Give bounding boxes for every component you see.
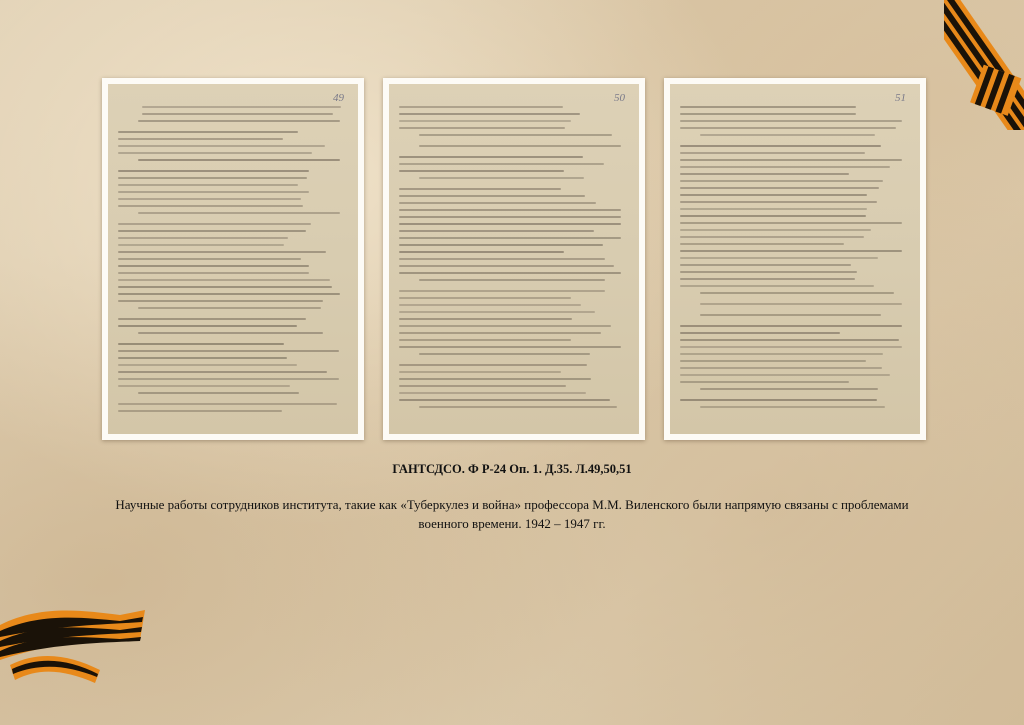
st-george-ribbon-icon bbox=[0, 595, 150, 685]
archive-document-2: 50 bbox=[383, 78, 645, 440]
document-sheet: 50 bbox=[389, 84, 639, 434]
document-sheet: 49 bbox=[108, 84, 358, 434]
document-sheet: 51 bbox=[670, 84, 920, 434]
archive-document-1: 49 bbox=[102, 78, 364, 440]
archive-document-3: 51 bbox=[664, 78, 926, 440]
page-mark: 51 bbox=[895, 92, 906, 104]
archive-reference-caption: ГАНТСДСО. Ф Р-24 Оп. 1. Д.35. Л.49,50,51 bbox=[0, 462, 1024, 477]
st-george-ribbon-icon bbox=[944, 0, 1024, 130]
description-caption: Научные работы сотрудников института, та… bbox=[90, 495, 934, 533]
page-mark: 50 bbox=[614, 92, 625, 104]
page-mark: 49 bbox=[333, 92, 344, 104]
